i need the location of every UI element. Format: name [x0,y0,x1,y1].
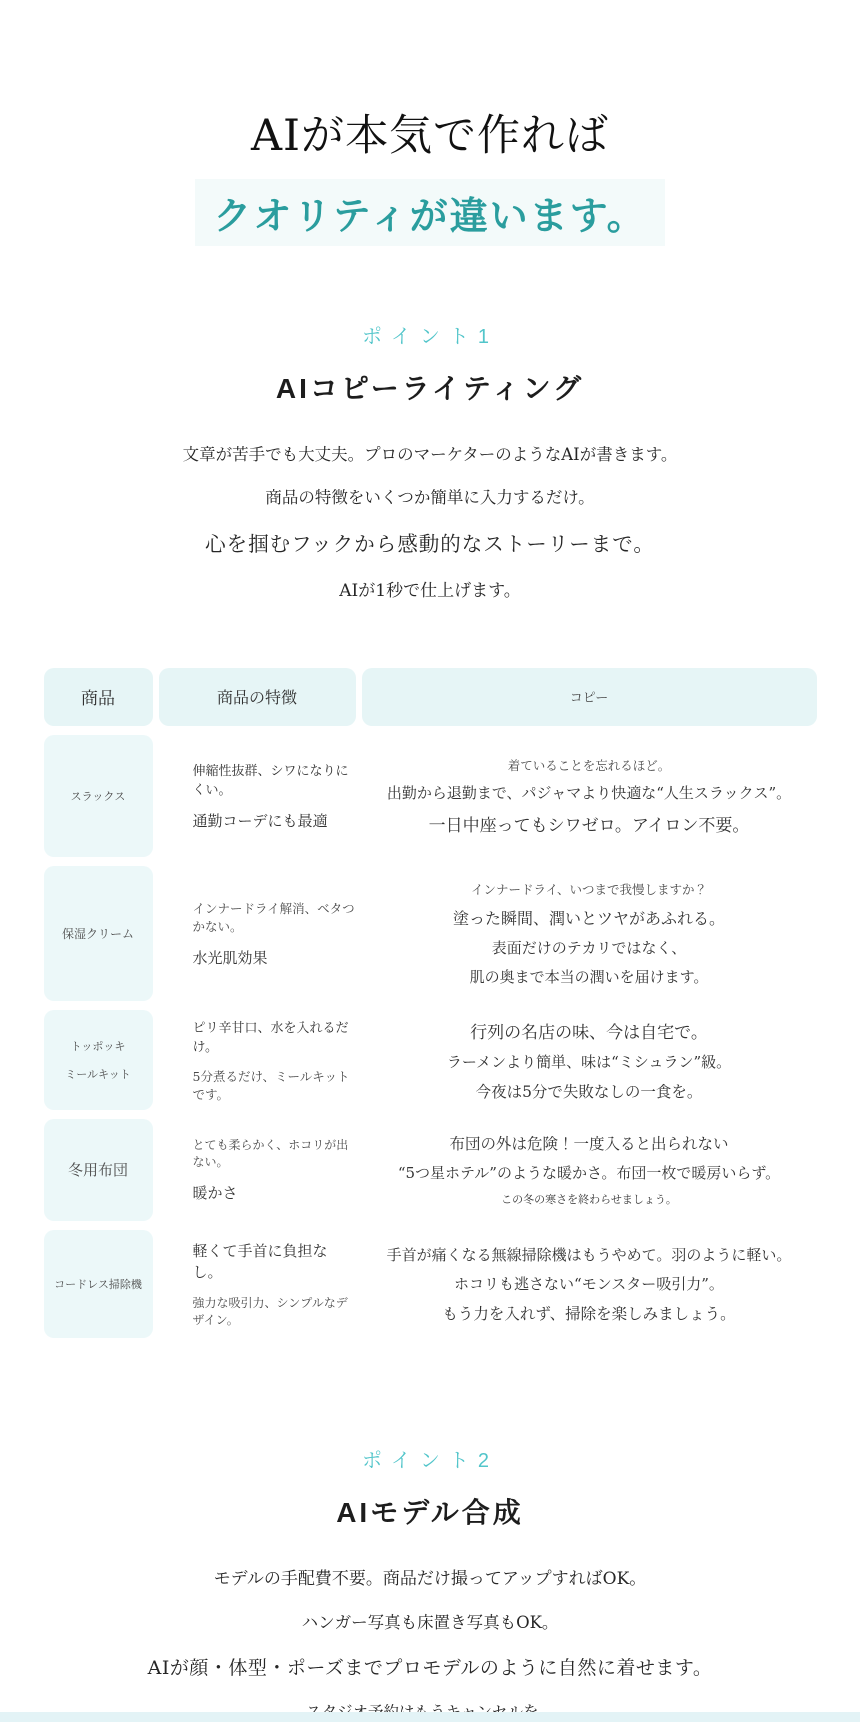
feature-line: とても柔らかく、ホコリが出ない。 [193,1136,356,1170]
landing-page: AIが本気で作れば クオリティが違います。 ポイント1 AIコピーライティング … [0,0,860,1722]
table-header-features: 商品の特徴 [159,668,356,726]
copy-line: 着ていることを忘れるほど。 [508,756,671,774]
hero-title-line2-wrap: クオリティが違います。 [0,179,860,246]
copy-line: 行列の名店の味、今は自宅で。 [470,1018,708,1043]
features-cell: 軽くて手首に負担なし。 強力な吸引力、シンプルなデザイン。 [159,1230,356,1338]
feature-line: インナードライ解消、ベタつかない。 [193,899,356,935]
footer-accent-strip [0,1712,860,1722]
copy-cell: 着ていることを忘れるほど。 出勤から退勤まで、パジャマより快適な“人生スラックス… [362,735,817,857]
product-name: スラックス [71,788,126,804]
feature-line: 暖かさ [193,1182,356,1203]
product-cell: 保湿クリーム [44,866,153,1001]
point2-paragraph-line: ハンガー写真も床置き写真もOK。 [0,1609,860,1637]
product-cell: スラックス [44,735,153,857]
copy-cell: 布団の外は危険！一度入ると出られない “5つ星ホテル”のような暖かさ。布団一枚で… [362,1119,817,1221]
point1-paragraph: 文章が苦手でも大丈夫。プロのマーケターのようなAIが書きます。 商品の特徴をいく… [0,441,860,606]
copy-line: もう力を入れず、掃除を楽しみましょう。 [442,1302,735,1324]
table-row: スラックス 伸縮性抜群、シワになりにくい。 通勤コーデにも最適 着ていることを忘… [44,735,817,857]
copy-line: 一日中座ってもシワゼロ。アイロン不要。 [429,811,750,836]
copy-line: 肌の奥まで本当の潤いを届けます。 [470,966,709,987]
table-row: 保湿クリーム インナードライ解消、ベタつかない。 水光肌効果 インナードライ、い… [44,866,817,1001]
copy-line: 塗った瞬間、潤いとツヤがあふれる。 [453,906,725,929]
table-header-row: 商品 商品の特徴 コピー [44,668,817,726]
copy-cell: 行列の名店の味、今は自宅で。 ラーメンより簡単、味は“ミシュラン”級。 今夜は5… [362,1010,817,1110]
table-header-copy: コピー [362,668,817,726]
point1-kicker: ポイント1 [0,320,860,349]
table-row: トッポッキ ミールキット ピリ辛甘口、水を入れるだけ。 5分煮るだけ、ミールキッ… [44,1010,817,1110]
point2-kicker: ポイント2 [0,1444,860,1473]
features-cell: とても柔らかく、ホコリが出ない。 暖かさ [159,1119,356,1221]
product-name-line: トッポッキ [71,1038,126,1054]
hero-section: AIが本気で作れば クオリティが違います。 [0,0,860,246]
product-name: コードレス掃除機 [54,1276,142,1292]
point2-paragraph-line: モデルの手配費不要。商品だけ撮ってアップすればOK。 [0,1565,860,1594]
product-cell: 冬用布団 [44,1119,153,1221]
features-cell: 伸縮性抜群、シワになりにくい。 通勤コーデにも最適 [159,735,356,857]
feature-line: 通勤コーデにも最適 [193,810,356,831]
copy-examples-table: 商品 商品の特徴 コピー スラックス 伸縮性抜群、シワになりにくい。 通勤コーデ… [44,668,817,1338]
copy-cell: インナードライ、いつまで我慢しますか？ 塗った瞬間、潤いとツヤがあふれる。 表面… [362,866,817,1001]
table-header-product: 商品 [44,668,153,726]
hero-title-line2-highlight: クオリティが違います。 [195,179,664,246]
copy-line: ホコリも逃さない“モンスター吸引力”。 [454,1273,724,1294]
point1-paragraph-line: 心を掴むフックから感動的なストーリーまで。 [0,527,860,562]
feature-line: 伸縮性抜群、シワになりにくい。 [193,760,356,798]
product-name: 冬用布団 [68,1159,128,1180]
point1-paragraph-line: AIが1秒で仕上げます。 [0,577,860,606]
copy-line: 今夜は5分で失敗なしの一食を。 [476,1080,703,1102]
hero-title-line1: AIが本気で作れば [0,102,860,163]
feature-line: 水光肌効果 [193,947,356,968]
product-cell: トッポッキ ミールキット [44,1010,153,1110]
point2-paragraph-line: AIが顔・体型・ポーズまでプロモデルのように自然に着せます。 [0,1652,860,1684]
copy-line: この冬の寒さを終わらせましょう。 [501,1191,677,1207]
table-row: コードレス掃除機 軽くて手首に負担なし。 強力な吸引力、シンプルなデザイン。 手… [44,1230,817,1338]
features-cell: ピリ辛甘口、水を入れるだけ。 5分煮るだけ、ミールキットです。 [159,1010,356,1110]
feature-line: 強力な吸引力、シンプルなデザイン。 [193,1294,356,1328]
copy-line: 手首が痛くなる無線掃除機はもうやめて。羽のように軽い。 [387,1244,792,1265]
point2-paragraph: モデルの手配費不要。商品だけ撮ってアップすればOK。 ハンガー写真も床置き写真も… [0,1565,860,1722]
product-cell: コードレス掃除機 [44,1230,153,1338]
copy-cell: 手首が痛くなる無線掃除機はもうやめて。羽のように軽い。 ホコリも逃さない“モンス… [362,1230,817,1338]
feature-line: 軽くて手首に負担なし。 [193,1240,356,1282]
point2-title: AIモデル合成 [0,1491,860,1531]
copy-line: 出勤から退勤まで、パジャマより快適な“人生スラックス”。 [387,782,791,803]
product-name-line: ミールキット [65,1066,131,1082]
copy-line: ラーメンより簡単、味は“ミシュラン”級。 [447,1051,731,1072]
copy-line: 表面だけのテカリではなく、 [492,937,686,958]
features-cell: インナードライ解消、ベタつかない。 水光肌効果 [159,866,356,1001]
product-name: 保湿クリーム [62,925,134,942]
point1-paragraph-line: 商品の特徴をいくつか簡単に入力するだけ。 [0,484,860,512]
point1-paragraph-line: 文章が苦手でも大丈夫。プロのマーケターのようなAIが書きます。 [0,441,860,469]
copy-line: インナードライ、いつまで我慢しますか？ [471,880,707,898]
feature-line: 5分煮るだけ、ミールキットです。 [193,1067,356,1103]
copy-line: 布団の外は危険！一度入ると出られない [449,1132,728,1154]
feature-line: ピリ辛甘口、水を入れるだけ。 [193,1017,356,1055]
copy-line: “5つ星ホテル”のような暖かさ。布団一枚で暖房いらず。 [398,1162,780,1183]
point1-title: AIコピーライティング [0,367,860,407]
table-row: 冬用布団 とても柔らかく、ホコリが出ない。 暖かさ 布団の外は危険！一度入ると出… [44,1119,817,1221]
